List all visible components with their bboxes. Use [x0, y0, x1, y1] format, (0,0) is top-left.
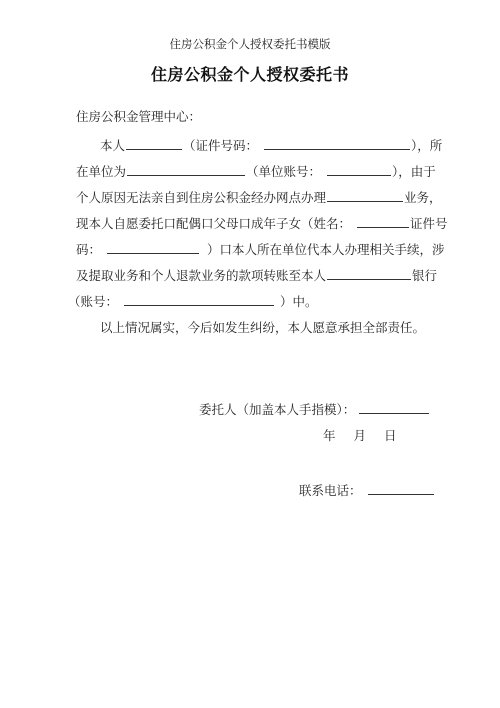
text-tail: ），由于	[392, 164, 436, 179]
document-title: 住房公积金个人授权委托书	[0, 62, 500, 85]
text-delegate-options: 现本人自愿委托口配偶口父母口成年子女（姓名：	[76, 216, 351, 231]
paragraph-line-5: 码：）口本人所在单位代本人办理相关手续，涉	[76, 240, 445, 258]
paragraph-line-4: 现本人自愿委托口配偶口父母口成年子女（姓名：证件号	[76, 214, 448, 232]
id-number-blank[interactable]	[264, 136, 410, 150]
text-unit-option: ）口本人所在单位代本人办理相关手续，涉	[207, 242, 445, 257]
principal-signature-blank[interactable]	[359, 400, 429, 414]
statement: 以上情况属实，今后如发生纠纷，本人愿意承担全部责任。	[100, 320, 425, 336]
delegate-id-blank[interactable]	[107, 240, 199, 254]
delegate-name-blank[interactable]	[357, 214, 409, 228]
paragraph-line-7: （账号：）中。	[68, 292, 318, 310]
business-type-blank[interactable]	[327, 188, 403, 202]
text-reason: 个人原因无法亲自到住房公积金经办网点办理	[76, 190, 326, 205]
salutation: 住房公积金管理中心：	[76, 109, 201, 125]
unit-name-blank[interactable]	[127, 162, 245, 176]
paragraph-line-2: 在单位为（单位账号：），由于	[76, 162, 436, 180]
bank-account-blank[interactable]	[124, 292, 274, 306]
text-tail: 业务，	[404, 190, 442, 205]
paragraph-line-1: 本人（证件号码：），所	[100, 136, 442, 154]
text-transfer: 及提取业务和个人退款业务的款项转账至本人	[76, 268, 326, 283]
document-header: 住房公积金个人授权委托书模版	[0, 36, 500, 52]
text-tail: 证件号	[410, 216, 448, 231]
text-account-label: （账号：	[68, 294, 118, 309]
text-tail: 银行	[412, 268, 437, 283]
text-code-label: 码：	[76, 242, 101, 257]
bank-name-blank[interactable]	[327, 266, 411, 280]
phone-blank[interactable]	[368, 481, 434, 495]
unit-account-blank[interactable]	[327, 162, 391, 176]
date-month-label: 月	[354, 428, 367, 443]
text-tail: ），所	[411, 138, 442, 153]
text-self: 本人	[100, 138, 125, 153]
principal-label: 委托人（加盖本人手指模）：	[199, 402, 355, 417]
paragraph-line-3: 个人原因无法亲自到住房公积金经办网点办理业务，	[76, 188, 442, 206]
text-tail: ）中。	[280, 294, 318, 309]
name-blank[interactable]	[126, 136, 182, 150]
text-unit-label: 在单位为	[76, 164, 126, 179]
date-row: 年月日	[323, 428, 397, 444]
principal-signature-row: 委托人（加盖本人手指模）：	[199, 400, 430, 418]
phone-label: 联系电话：	[299, 483, 362, 498]
date-year-label: 年	[323, 428, 336, 443]
date-day-label: 日	[384, 428, 397, 443]
text-unit-account-label: （单位账号：	[246, 164, 321, 179]
phone-row: 联系电话：	[299, 481, 435, 499]
text-id-label: （证件号码：	[183, 138, 258, 153]
paragraph-line-6: 及提取业务和个人退款业务的款项转账至本人银行	[76, 266, 437, 284]
